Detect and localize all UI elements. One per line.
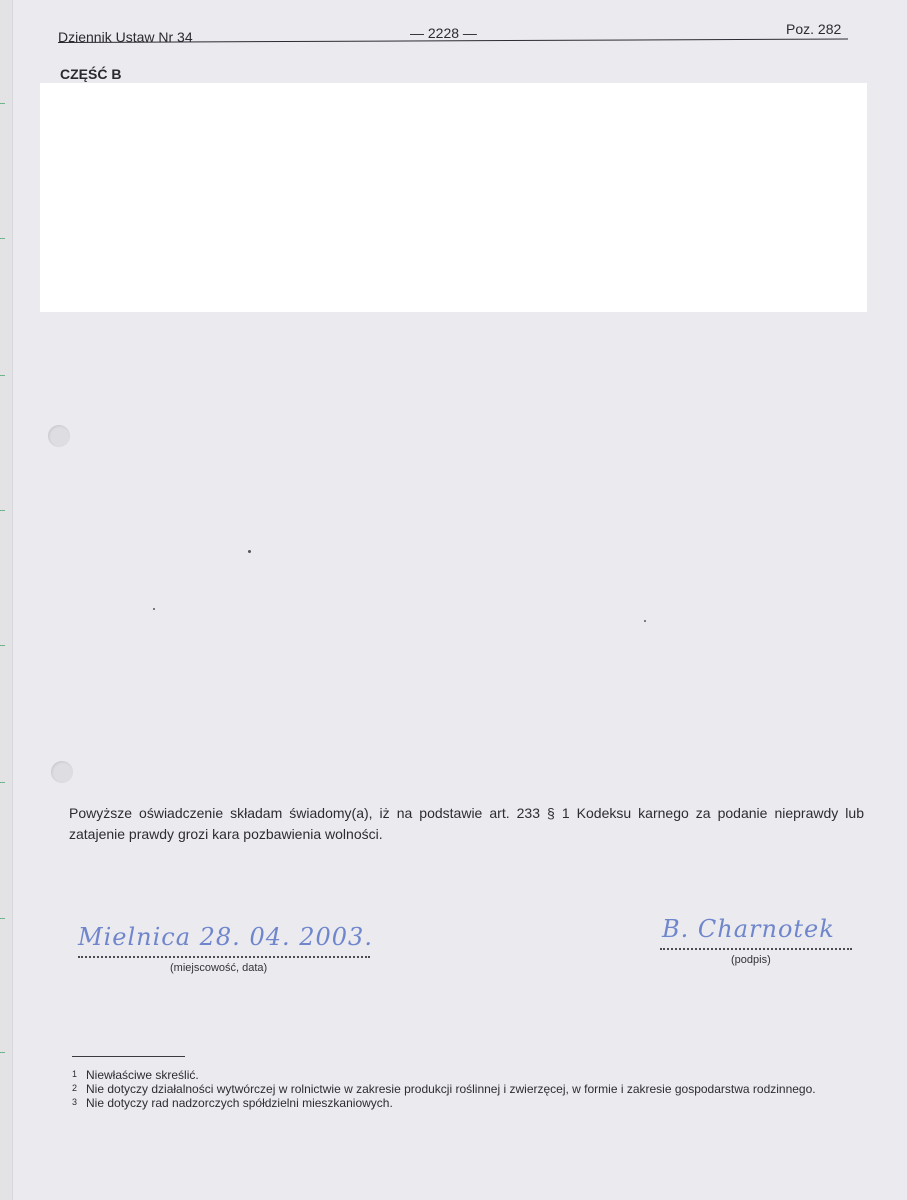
place-date-caption: (miejscowość, data) bbox=[170, 962, 267, 974]
footnote-number: 2 bbox=[72, 1081, 77, 1095]
footnote-1: 1Niewłaściwe skreślić. bbox=[72, 1068, 867, 1082]
punch-hole bbox=[51, 761, 73, 783]
scan-edge-mark bbox=[0, 103, 5, 104]
scan-edge-mark bbox=[0, 1052, 5, 1053]
scan-speck bbox=[644, 620, 646, 622]
signature-line bbox=[660, 948, 852, 950]
scan-edge-mark bbox=[0, 375, 5, 376]
scan-speck bbox=[248, 550, 251, 553]
handwritten-signature: B. Charnotek bbox=[662, 915, 835, 943]
footnote-3: 3Nie dotyczy rad nadzorczych spółdzielni… bbox=[72, 1096, 867, 1110]
scan-edge-mark bbox=[0, 238, 5, 239]
legal-statement: Powyższe oświadczenie składam świadomy(a… bbox=[69, 803, 864, 845]
place-date-line bbox=[78, 956, 370, 958]
footnote-text: Nie dotyczy rad nadzorczych spółdzielni … bbox=[86, 1096, 393, 1110]
footnote-text: Niewłaściwe skreślić. bbox=[86, 1068, 199, 1082]
scan-edge-mark bbox=[0, 510, 5, 511]
scan-edge-strip bbox=[0, 0, 13, 1200]
footnotes: 1Niewłaściwe skreślić. 2Nie dotyczy dzia… bbox=[72, 1068, 867, 1110]
footnote-number: 1 bbox=[72, 1067, 77, 1081]
page-number: — 2228 — bbox=[410, 25, 477, 41]
footnote-2: 2Nie dotyczy działalności wytwórczej w r… bbox=[72, 1082, 867, 1096]
scan-speck bbox=[153, 608, 155, 610]
footnote-text: Nie dotyczy działalności wytwórczej w ro… bbox=[86, 1082, 816, 1096]
footnote-number: 3 bbox=[72, 1095, 77, 1109]
position-number: Poz. 282 bbox=[786, 21, 841, 37]
footnote-rule bbox=[72, 1056, 185, 1057]
scan-edge-mark bbox=[0, 918, 5, 919]
section-title: CZĘŚĆ B bbox=[60, 66, 121, 82]
scan-edge-mark bbox=[0, 645, 5, 646]
scan-edge-mark bbox=[0, 782, 5, 783]
redacted-area bbox=[40, 83, 867, 312]
signature-caption: (podpis) bbox=[731, 954, 771, 966]
handwritten-place-date: Mielnica 28. 04. 2003. bbox=[78, 923, 373, 951]
punch-hole bbox=[48, 425, 70, 447]
